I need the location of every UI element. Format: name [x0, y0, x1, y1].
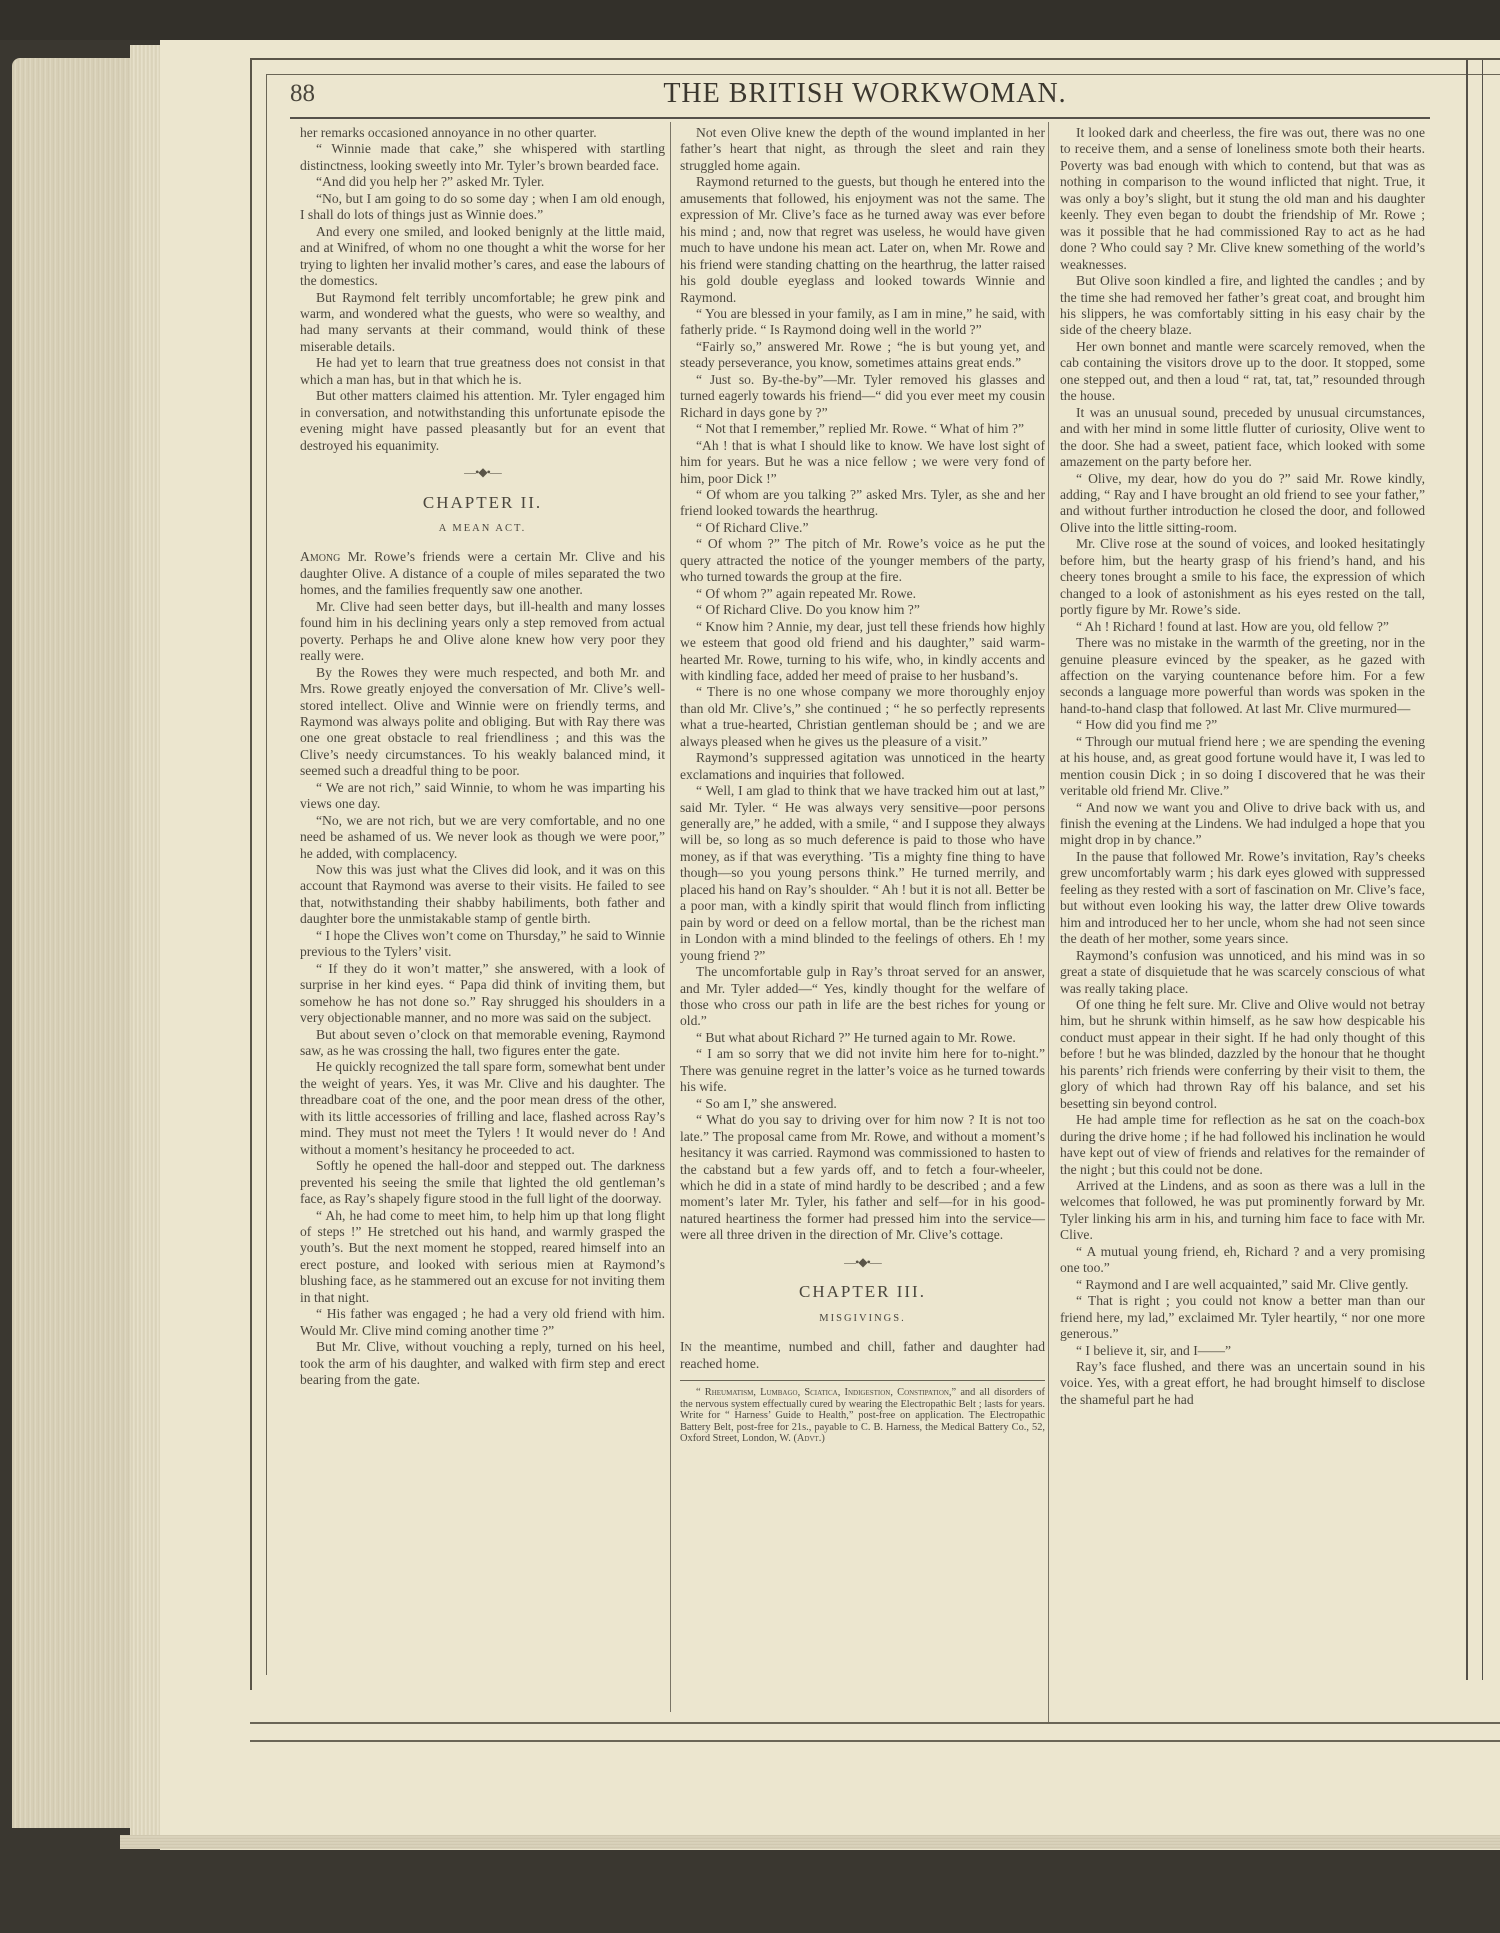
journal-title: THE BRITISH WORKWOMAN.	[290, 78, 1440, 110]
paragraph: He quickly recognized the tall spare for…	[300, 1059, 665, 1158]
paragraph: Raymond’s suppressed agitation was unnot…	[680, 750, 1045, 783]
paragraph: “ I am so sorry that we did not invite h…	[680, 1046, 1045, 1095]
footer-rule	[250, 1722, 1500, 1724]
paragraph: “ Of whom ?” again repeated Mr. Rowe.	[680, 586, 1045, 602]
advertisement-rule	[680, 1380, 1045, 1381]
chapter-opening-paragraph: Among Mr. Rowe’s friends were a certain …	[300, 549, 665, 598]
paragraph: Mr. Clive rose at the sound of voices, a…	[1060, 536, 1425, 618]
opening-text: Mr. Rowe’s friends were a certain Mr. Cl…	[300, 549, 665, 597]
paragraph: He had yet to learn that true greatness …	[300, 355, 665, 388]
right-frame-rule-inner	[1482, 60, 1483, 1680]
paragraph: “ Just so. By-the-by”—Mr. Tyler removed …	[680, 372, 1045, 421]
paragraph: But other matters claimed his attention.…	[300, 388, 665, 454]
column-3: It looked dark and cheerless, the fire w…	[1060, 125, 1425, 1408]
paragraph: “Ah ! that is what I should like to know…	[680, 438, 1045, 487]
section-ornament: —•◆•—	[300, 464, 665, 480]
column-1: her remarks occasioned annoyance in no o…	[300, 125, 665, 1389]
paragraph: “ Olive, my dear, how do you do ?” said …	[1060, 471, 1425, 537]
paragraph: “ How did you find me ?”	[1060, 717, 1425, 733]
paragraph: Now this was just what the Clives did lo…	[300, 862, 665, 928]
paragraph: Mr. Clive had seen better days, but ill-…	[300, 599, 665, 665]
paragraph: “ What do you say to driving over for hi…	[680, 1112, 1045, 1244]
paragraph: “ Through our mutual friend here ; we ar…	[1060, 734, 1425, 800]
paragraph: Of one thing he felt sure. Mr. Clive and…	[1060, 997, 1425, 1112]
paragraph: By the Rowes they were much respected, a…	[300, 665, 665, 780]
paragraph: “ Ah ! Richard ! found at last. How are …	[1060, 619, 1425, 635]
paragraph: He had ample time for reflection as he s…	[1060, 1112, 1425, 1178]
paragraph: “ Of whom ?” The pitch of Mr. Rowe’s voi…	[680, 536, 1045, 585]
right-frame-rule	[1466, 60, 1468, 1680]
page-bottom-edge	[120, 1835, 1500, 1849]
paragraph: “No, but I am going to do so some day ; …	[300, 191, 665, 224]
paragraph: Not even Olive knew the depth of the wou…	[680, 125, 1045, 174]
column-divider	[670, 122, 671, 1712]
paragraph: her remarks occasioned annoyance in no o…	[300, 125, 665, 141]
column-divider	[1048, 122, 1049, 1722]
paragraph: “ His father was engaged ; he had a very…	[300, 1306, 665, 1339]
paragraph: “ Raymond and I are well acquainted,” sa…	[1060, 1277, 1425, 1293]
paragraph: “Fairly so,” answered Mr. Rowe ; “he is …	[680, 339, 1045, 372]
opening-text: the meantime, numbed and chill, father a…	[680, 1339, 1045, 1370]
paragraph: “ Winnie made that cake,” she whispered …	[300, 141, 665, 174]
paragraph: Ray’s face flushed, and there was an unc…	[1060, 1359, 1425, 1408]
paragraph: “ I believe it, sir, and I——”	[1060, 1343, 1425, 1359]
advertisement: “ Rheumatism, Lumbago, Sciatica, Indiges…	[680, 1387, 1045, 1445]
paragraph: Her own bonnet and mantle were scarcely …	[1060, 339, 1425, 405]
paragraph: In the pause that followed Mr. Rowe’s in…	[1060, 849, 1425, 948]
paragraph: “ I hope the Clives won’t come on Thursd…	[300, 928, 665, 961]
paragraph: “ Well, I am glad to think that we have …	[680, 783, 1045, 964]
paragraph: “ That is right ; you could not know a b…	[1060, 1293, 1425, 1342]
paragraph: There was no mistake in the warmth of th…	[1060, 635, 1425, 717]
paragraph: “ There is no one whose company we more …	[680, 684, 1045, 750]
paragraph: It was an unusual sound, preceded by unu…	[1060, 405, 1425, 471]
header-rule	[290, 117, 1430, 119]
drop-word: Among	[300, 549, 340, 564]
paragraph: But Raymond felt terribly uncomfortable;…	[300, 290, 665, 356]
paragraph: “ If they do it won’t matter,” she answe…	[300, 961, 665, 1027]
section-ornament: —•◆•—	[680, 1254, 1045, 1270]
chapter-subtitle: MISGIVINGS.	[680, 1311, 1045, 1327]
paragraph: But about seven o’clock on that memorabl…	[300, 1027, 665, 1060]
paragraph: “ A mutual young friend, eh, Richard ? a…	[1060, 1244, 1425, 1277]
paragraph: “ And now we want you and Olive to drive…	[1060, 800, 1425, 849]
paragraph: “ But what about Richard ?” He turned ag…	[680, 1030, 1045, 1046]
paragraph: “And did you help her ?” asked Mr. Tyler…	[300, 174, 665, 190]
chapter-opening-paragraph: In the meantime, numbed and chill, fathe…	[680, 1339, 1045, 1372]
footer-rule	[250, 1740, 1500, 1742]
chapter-title: CHAPTER III.	[680, 1284, 1045, 1300]
paragraph: And every one smiled, and looked benignl…	[300, 224, 665, 290]
paragraph: “ Not that I remember,” replied Mr. Rowe…	[680, 421, 1045, 437]
paragraph: “ Ah, he had come to meet him, to help h…	[300, 1208, 665, 1307]
paragraph: “ Of Richard Clive.”	[680, 520, 1045, 536]
drop-word: In	[680, 1339, 692, 1354]
paragraph: But Mr. Clive, without vouching a reply,…	[300, 1339, 665, 1388]
paragraph: “ So am I,” she answered.	[680, 1096, 1045, 1112]
advertisement-tag: (Advt.)	[793, 1433, 824, 1444]
paragraph: “ You are blessed in your family, as I a…	[680, 306, 1045, 339]
book-cover-top	[0, 0, 1500, 40]
chapter-subtitle: A MEAN ACT.	[300, 521, 665, 537]
paragraph: It looked dark and cheerless, the fire w…	[1060, 125, 1425, 273]
chapter-title: CHAPTER II.	[300, 495, 665, 511]
paragraph: Raymond returned to the guests, but thou…	[680, 174, 1045, 306]
paragraph: Softly he opened the hall-door and stepp…	[300, 1158, 665, 1207]
paragraph: Raymond’s confusion was unnoticed, and h…	[1060, 948, 1425, 997]
paragraph: “ We are not rich,” said Winnie, to whom…	[300, 780, 665, 813]
paragraph: “No, we are not rich, but we are very co…	[300, 813, 665, 862]
paragraph: “ Of Richard Clive. Do you know him ?”	[680, 602, 1045, 618]
advertisement-lead: “ Rheumatism, Lumbago, Sciatica, Indiges…	[696, 1387, 956, 1398]
paragraph: Arrived at the Lindens, and as soon as t…	[1060, 1178, 1425, 1244]
paragraph: “ Know him ? Annie, my dear, just tell t…	[680, 619, 1045, 685]
paragraph: The uncomfortable gulp in Ray’s throat s…	[680, 964, 1045, 1030]
column-2: Not even Olive knew the depth of the wou…	[680, 125, 1045, 1445]
paragraph: “ Of whom are you talking ?” asked Mrs. …	[680, 487, 1045, 520]
paragraph: But Olive soon kindled a fire, and light…	[1060, 273, 1425, 339]
